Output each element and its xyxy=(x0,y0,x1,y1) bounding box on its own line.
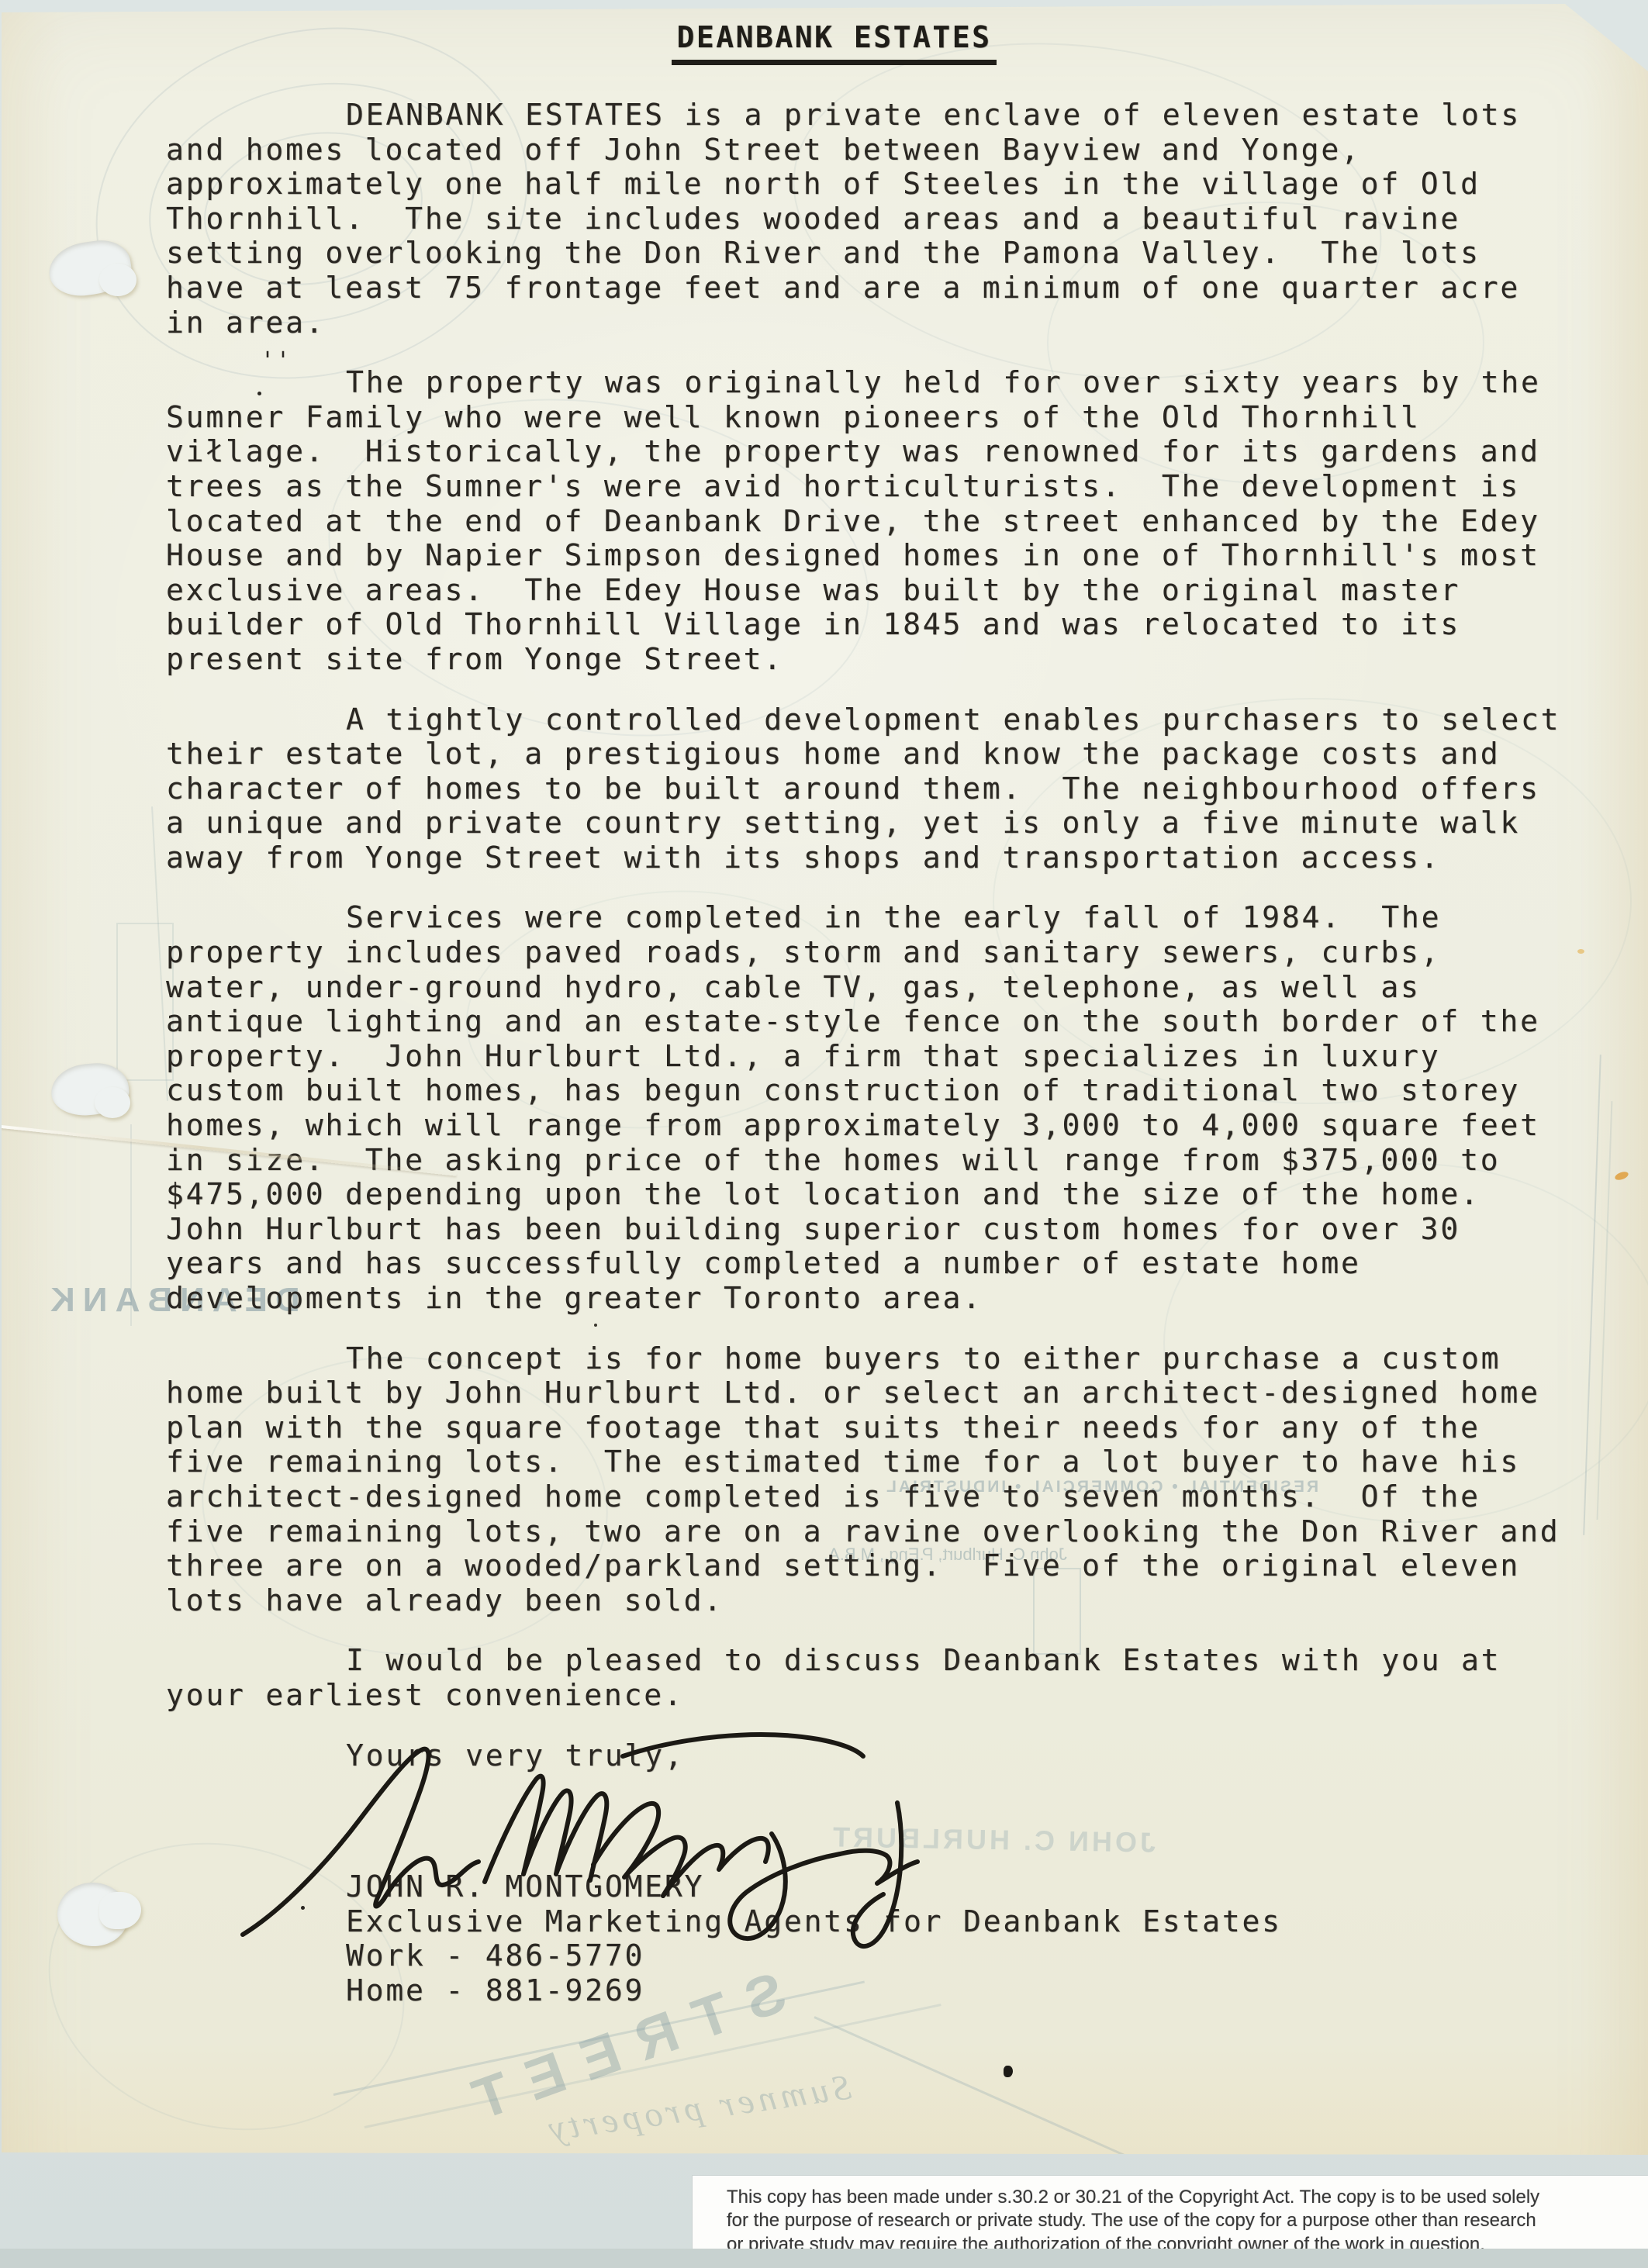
ink-speck xyxy=(301,1906,305,1910)
map-road-line xyxy=(814,2016,1155,2170)
signature-script xyxy=(229,1702,966,1958)
map-building-outline xyxy=(116,923,174,1081)
ink-speck xyxy=(257,392,261,395)
paragraph: The property was originally held for ove… xyxy=(166,365,1639,676)
ink-speck xyxy=(594,1324,597,1327)
scanner-bed-edge xyxy=(0,2249,1648,2268)
paragraph: A tightly controlled development enables… xyxy=(166,702,1639,875)
paper-sheet: DEANBANK STREET Sumner property RESIDENT… xyxy=(0,0,1648,2268)
ink-speck xyxy=(1004,2066,1013,2077)
copyright-stamp-text: This copy has been made under s.30.2 or … xyxy=(727,2186,1648,2256)
phone-home-line: Home - 881-9269 xyxy=(346,1973,1639,2008)
paragraph: DEANBANK ESTATES is a private enclave of… xyxy=(166,98,1639,340)
stain-speck xyxy=(1577,949,1584,954)
title-row: DEANBANK ESTATES xyxy=(10,20,1648,65)
punch-hole xyxy=(99,264,136,296)
document-title: DEANBANK ESTATES xyxy=(672,20,996,65)
punch-hole xyxy=(95,1087,130,1118)
stray-mark: '' xyxy=(261,347,292,375)
paragraph: Services were completed in the early fal… xyxy=(166,900,1639,1315)
paragraph: The concept is for home buyers to either… xyxy=(166,1341,1639,1618)
scanned-letter-page: { "document": { "title": "DEANBANK ESTAT… xyxy=(0,0,1648,2268)
